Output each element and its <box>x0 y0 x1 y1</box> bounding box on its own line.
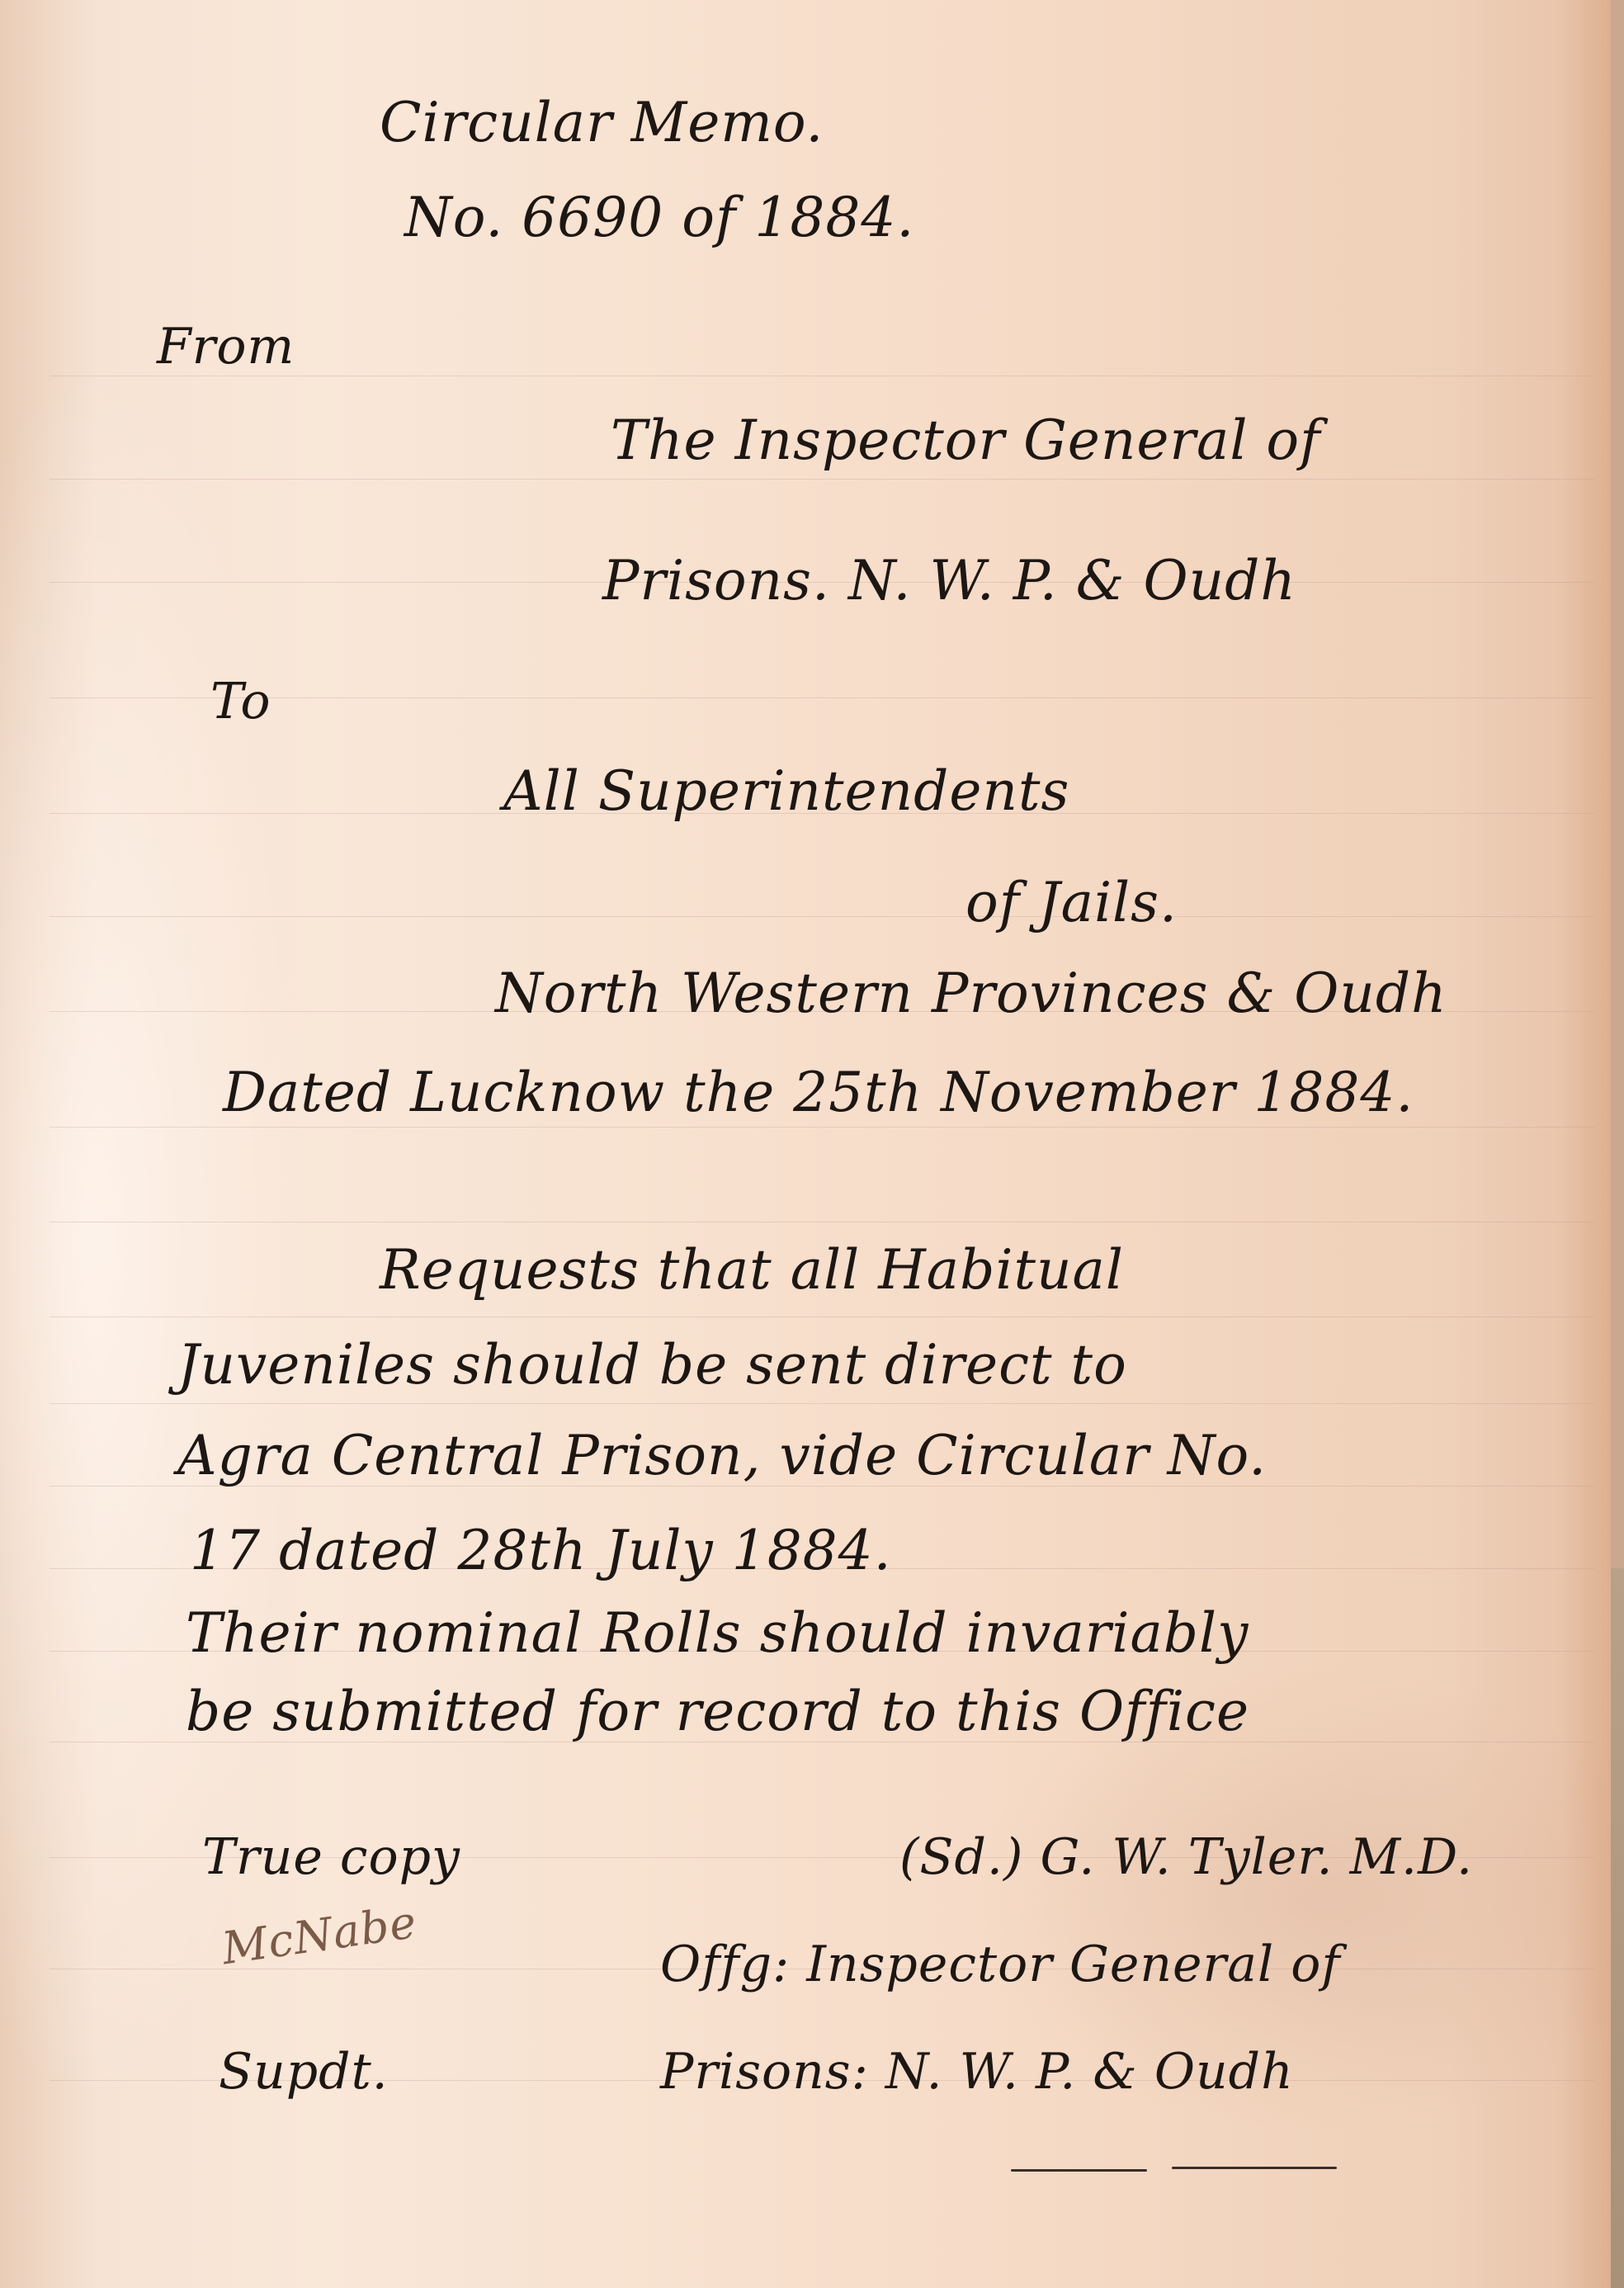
from-label: From <box>157 318 295 376</box>
memo-number: No. 6690 of 1884. <box>404 186 914 249</box>
ruled-line <box>50 916 1594 917</box>
signer-title-2: Prisons: N. W. P. & Oudh <box>660 2043 1294 2101</box>
to-line-3: North Western Provinces & Oudh <box>495 962 1447 1025</box>
to-line-2: of Jails. <box>965 871 1178 934</box>
body-line-4: 17 dated 28th July 1884. <box>190 1519 892 1582</box>
body-line-3: Agra Central Prison, vide Circular No. <box>177 1424 1267 1487</box>
countersignature: McNabe <box>219 1896 420 1974</box>
ruled-line <box>50 1317 1594 1317</box>
ruled-line <box>50 376 1594 376</box>
from-line-1: The Inspector General of <box>611 409 1321 472</box>
countersign-title: Supdt. <box>219 2043 389 2101</box>
body-line-6: be submitted for record to this Office <box>186 1680 1249 1743</box>
body-line-2: Juveniles should be sent direct to <box>177 1333 1127 1397</box>
closing-dash <box>1011 2169 1147 2172</box>
ruled-line <box>50 1403 1594 1404</box>
from-line-2: Prisons. N. W. P. & Oudh <box>602 549 1296 612</box>
signer-title-1: Offg: Inspector General of <box>660 1936 1341 1993</box>
true-copy-label: True copy <box>202 1828 460 1886</box>
body-line-1: Requests that all Habitual <box>380 1238 1124 1302</box>
to-line-1: All Superintendents <box>503 759 1069 823</box>
signed-by: (Sd.) G. W. Tyler. M.D. <box>899 1828 1473 1886</box>
memo-title: Circular Memo. <box>380 91 824 154</box>
ruled-line <box>50 1127 1594 1127</box>
dated-line: Dated Lucknow the 25th November 1884. <box>223 1061 1414 1124</box>
ruled-line <box>50 479 1594 480</box>
body-line-5: Their nominal Rolls should invariably <box>186 1601 1249 1665</box>
closing-dash <box>1172 2167 1337 2169</box>
ruled-line <box>50 1222 1594 1222</box>
to-label: To <box>210 673 271 730</box>
ruled-line <box>50 697 1594 698</box>
document-page: Circular Memo. No. 6690 of 1884. From Th… <box>0 0 1611 2288</box>
